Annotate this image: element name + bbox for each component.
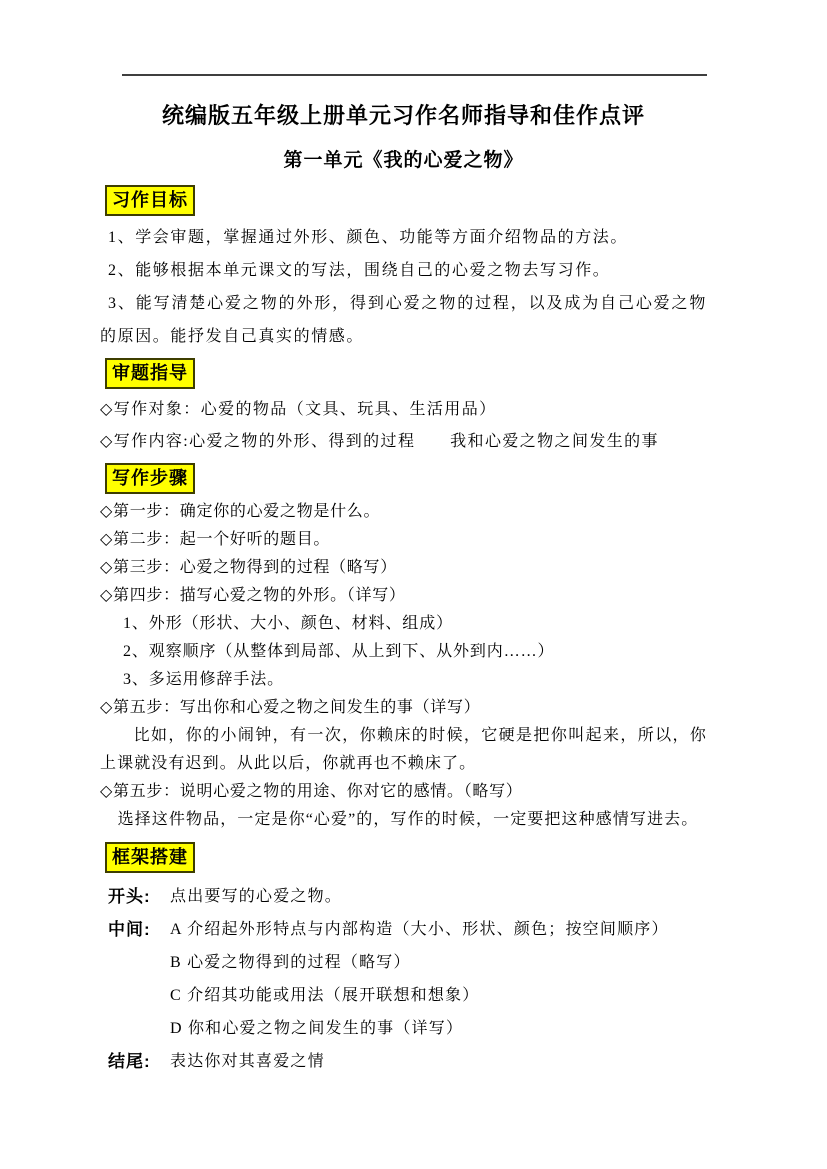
page-subtitle: 第一单元《我的心爱之物》: [100, 147, 707, 174]
step-item: ◇第五步：写出你和心爱之物之间发生的事（详写）: [100, 694, 707, 722]
section-label-row: 框架搭建: [100, 842, 707, 873]
frame-row-text: C 介绍其功能或用法（展开联想和想象）: [170, 979, 479, 1012]
frame-row: D 你和心爱之物之间发生的事（详写）: [100, 1012, 707, 1045]
section-label-highlight: 框架搭建: [105, 842, 195, 873]
frame-row-label: 中间:: [100, 913, 170, 946]
frame-row: 开头: 点出要写的心爱之物。: [100, 880, 707, 913]
example-paragraph: 比如，你的小闹钟，有一次，你赖床的时候，它硬是把你叫起来，所以，你上课就没有迟到…: [100, 722, 707, 778]
frame-row-label: [100, 979, 170, 1012]
goal-item-list: 1、学会审题，掌握通过外形、颜色、功能等方面介绍物品的方法。 2、能够根据本单元…: [100, 221, 707, 353]
frame-row-label: [100, 1012, 170, 1045]
topic-item: ◇写作对象：心爱的物品（文具、玩具、生活用品）: [100, 394, 707, 426]
section-writing-steps: 写作步骤 ◇第一步：确定你的心爱之物是什么。 ◇第二步：起一个好听的题目。 ◇第…: [100, 463, 707, 834]
step-item: ◇第五步：说明心爱之物的用途、你对它的感情。（略写）: [100, 778, 707, 806]
section-label-row: 习作目标: [100, 185, 707, 216]
step-item: ◇第四步：描写心爱之物的外形。（详写）: [100, 582, 707, 610]
document-content: 统编版五年级上册单元习作名师指导和佳作点评 第一单元《我的心爱之物》 习作目标 …: [100, 0, 707, 1078]
frame-row-text: 表达你对其喜爱之情: [170, 1045, 325, 1078]
document-page: 统编版五年级上册单元习作名师指导和佳作点评 第一单元《我的心爱之物》 习作目标 …: [0, 0, 827, 1169]
section-topic-guidance: 审题指导 ◇写作对象：心爱的物品（文具、玩具、生活用品） ◇写作内容:心爱之物的…: [100, 358, 707, 458]
frame-row-label: 开头:: [100, 880, 170, 913]
frame-row: B 心爱之物得到的过程（略写）: [100, 946, 707, 979]
frame-row-list: 开头: 点出要写的心爱之物。 中间: A 介绍起外形特点与内部构造（大小、形状、…: [100, 880, 707, 1078]
frame-row-label: 结尾:: [100, 1045, 170, 1078]
frame-row: C 介绍其功能或用法（展开联想和想象）: [100, 979, 707, 1012]
step-sub-item: 2、观察顺序（从整体到局部、从上到下、从外到内……）: [123, 638, 707, 666]
frame-row-text: 点出要写的心爱之物。: [170, 880, 342, 913]
section-label-row: 写作步骤: [100, 463, 707, 494]
frame-row: 结尾: 表达你对其喜爱之情: [100, 1045, 707, 1078]
step-item: ◇第一步：确定你的心爱之物是什么。: [100, 498, 707, 526]
section-label-highlight: 写作步骤: [105, 463, 195, 494]
frame-row-text: A 介绍起外形特点与内部构造（大小、形状、颜色；按空间顺序）: [170, 913, 669, 946]
step-item: ◇第三步：心爱之物得到的过程（略写）: [100, 554, 707, 582]
section-label-row: 审题指导: [100, 358, 707, 389]
goal-item: 3、能写清楚心爱之物的外形，得到心爱之物的过程，以及成为自己心爱之物的原因。能抒…: [100, 287, 707, 353]
section-frame-structure: 框架搭建 开头: 点出要写的心爱之物。 中间: A 介绍起外形特点与内部构造（大…: [100, 842, 707, 1078]
section-writing-goals: 习作目标 1、学会审题，掌握通过外形、颜色、功能等方面介绍物品的方法。 2、能够…: [100, 185, 707, 353]
frame-row-text: B 心爱之物得到的过程（略写）: [170, 946, 411, 979]
section-label-highlight: 习作目标: [105, 185, 195, 216]
step-sub-item: 1、外形（形状、大小、颜色、材料、组成）: [123, 610, 707, 638]
topic-item-list: ◇写作对象：心爱的物品（文具、玩具、生活用品） ◇写作内容:心爱之物的外形、得到…: [100, 394, 707, 458]
step-sub-item: 3、多运用修辞手法。: [123, 666, 707, 694]
frame-row-text: D 你和心爱之物之间发生的事（详写）: [170, 1012, 463, 1045]
step-item: ◇第二步：起一个好听的题目。: [100, 526, 707, 554]
note-paragraph: 选择这件物品，一定是你“心爱”的，写作的时候，一定要把这种感情写进去。: [100, 806, 707, 834]
frame-row: 中间: A 介绍起外形特点与内部构造（大小、形状、颜色；按空间顺序）: [100, 913, 707, 946]
goal-item: 2、能够根据本单元课文的写法，围绕自己的心爱之物去写习作。: [100, 254, 707, 287]
steps-list: ◇第一步：确定你的心爱之物是什么。 ◇第二步：起一个好听的题目。 ◇第三步：心爱…: [100, 498, 707, 834]
topic-item: ◇写作内容:心爱之物的外形、得到的过程 我和心爱之物之间发生的事: [100, 426, 707, 458]
section-label-highlight: 审题指导: [105, 358, 195, 389]
page-title: 统编版五年级上册单元习作名师指导和佳作点评: [100, 100, 707, 132]
goal-item: 1、学会审题，掌握通过外形、颜色、功能等方面介绍物品的方法。: [100, 221, 707, 254]
frame-row-label: [100, 946, 170, 979]
